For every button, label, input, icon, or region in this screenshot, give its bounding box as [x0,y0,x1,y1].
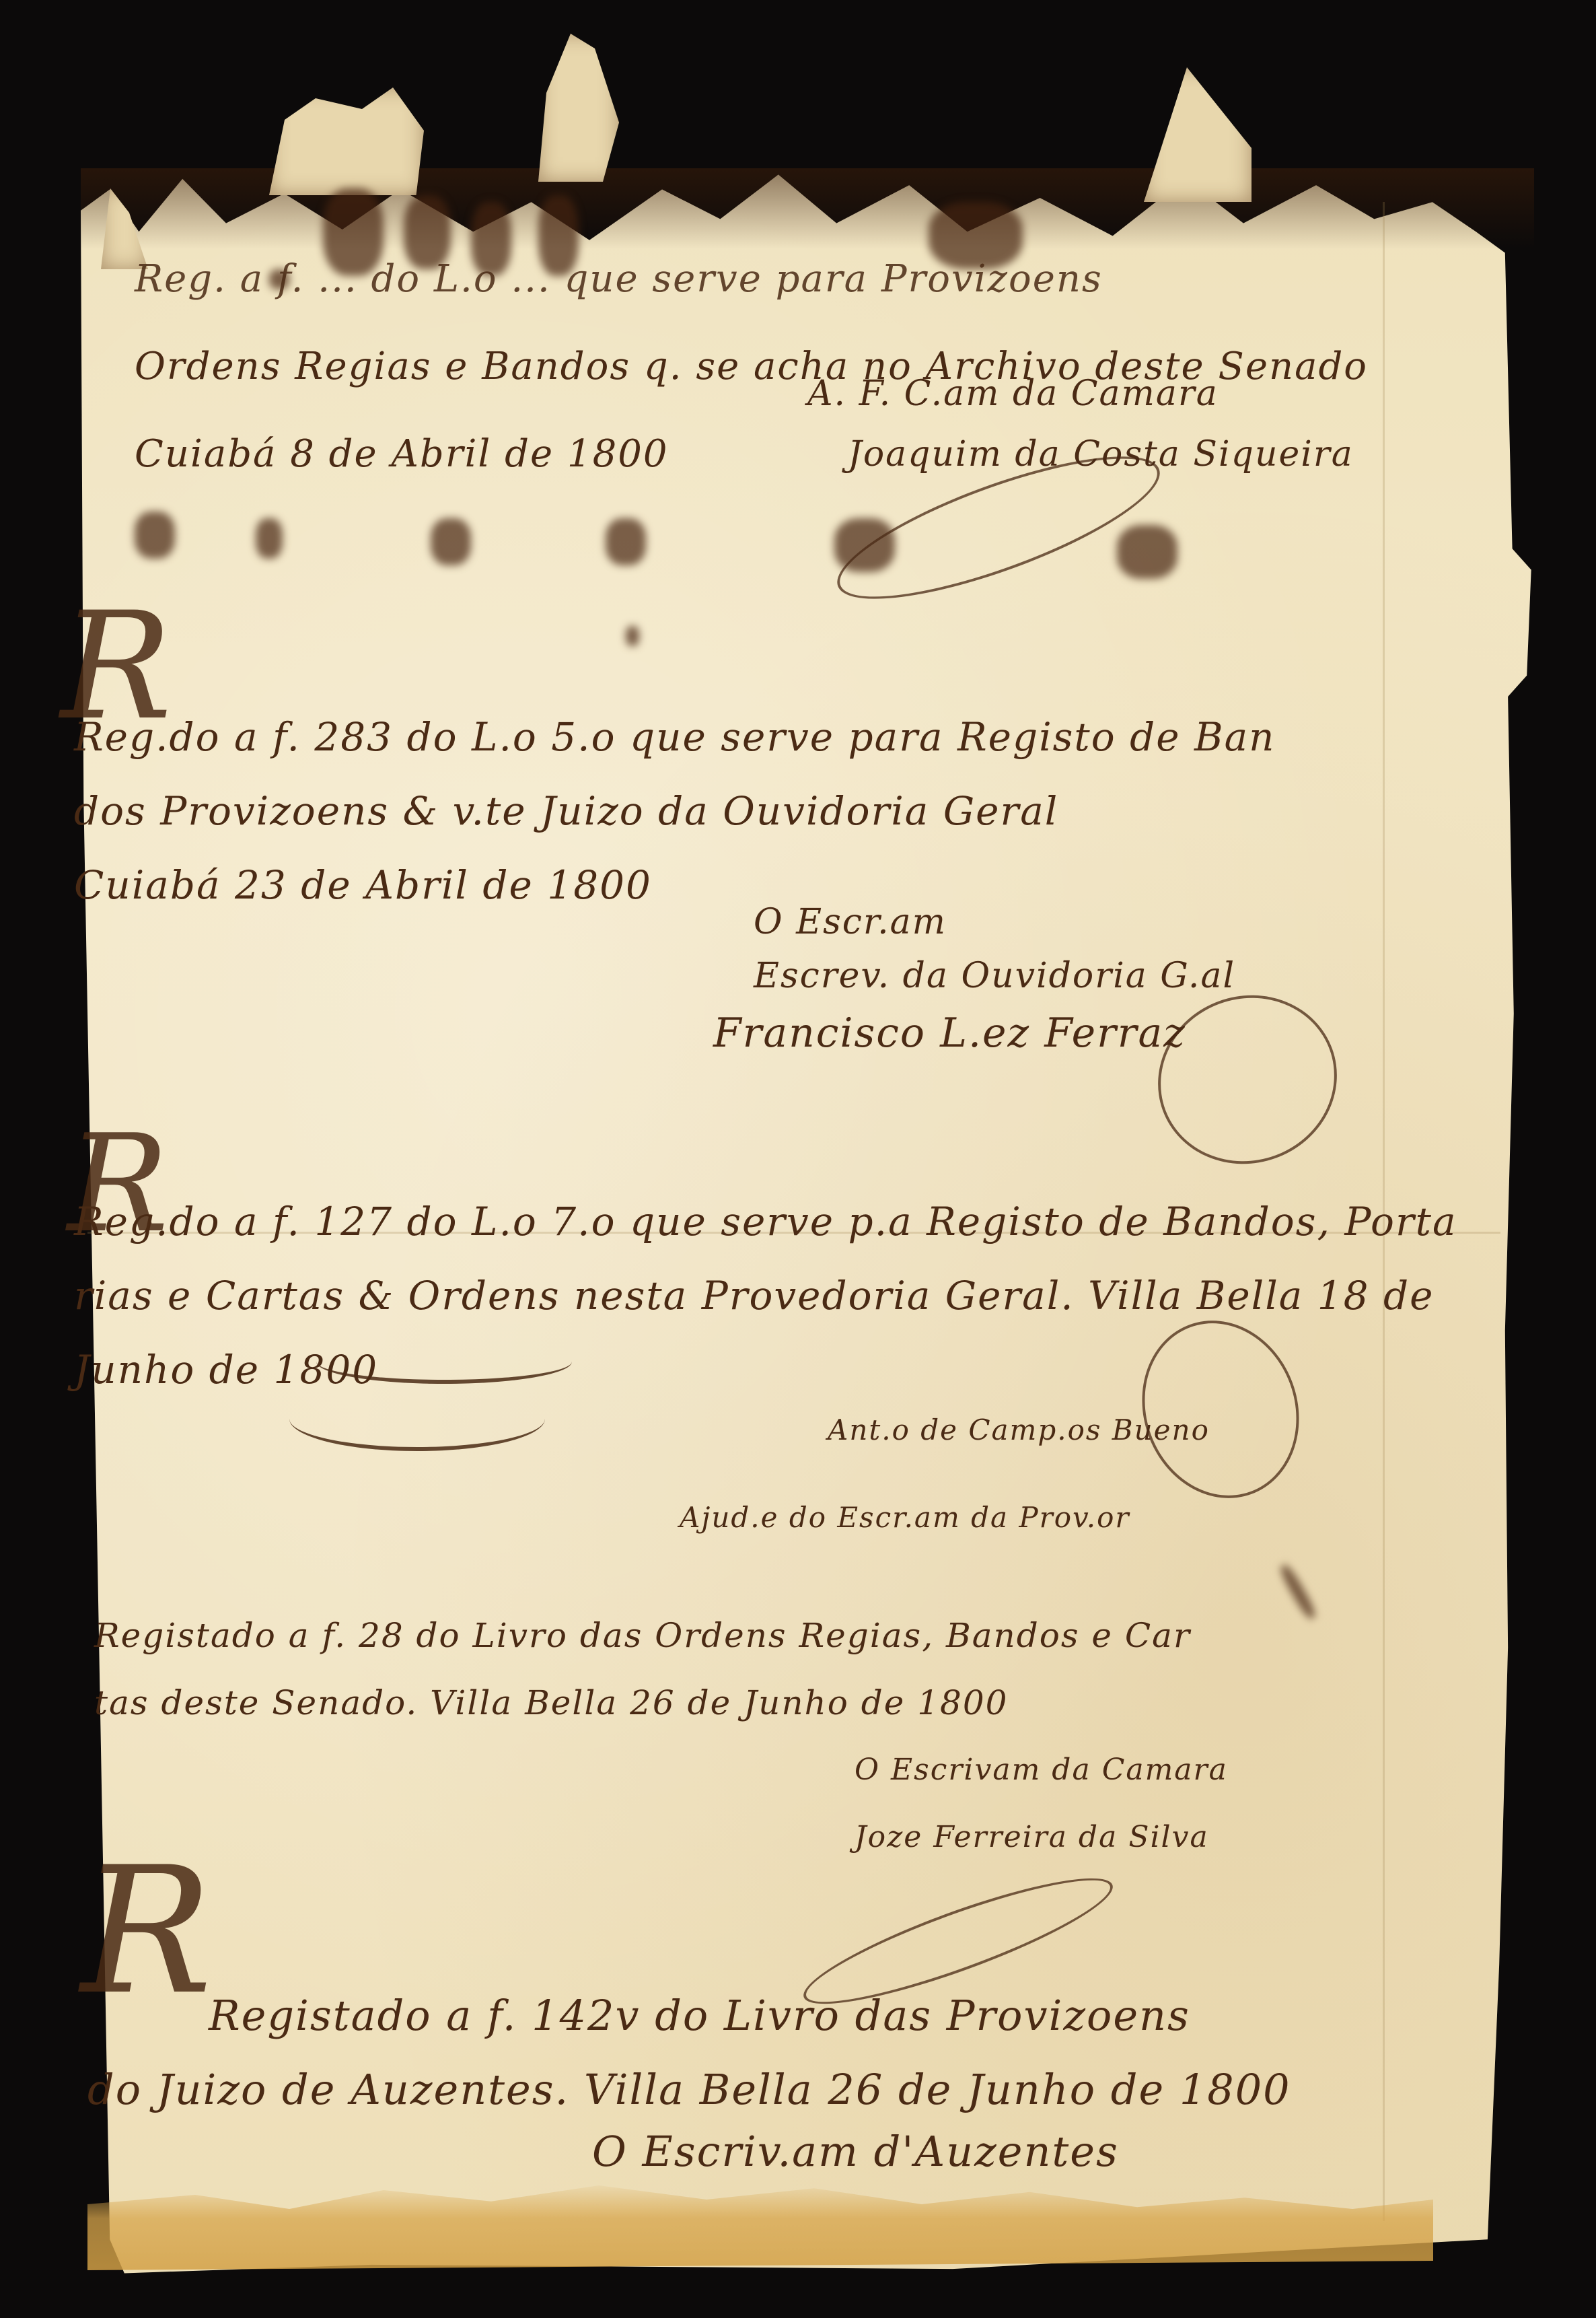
entry-2: Reg.do a f. 283 do L.o 5.o que serve par… [74,700,1276,922]
signature-block-5: O Escriv.am d'Auzentes [592,2127,1119,2176]
signature-name-2: Francisco L.ez Ferraz [713,1010,1186,1057]
burn-mark [135,512,175,559]
paper-fragment [269,87,424,195]
entry-line: dos Provizoens & v.te Juizo da Ouvidoria… [74,774,1276,848]
entry-5: Registado a f. 142v do Livro das Provizo… [87,1979,1291,2127]
paper-fragment [1144,67,1252,202]
entry-line: Reg.do a f. 127 do L.o 7.o que serve p.a… [74,1185,1457,1259]
burn-mark [626,626,639,646]
signature-line: A. F. C.am da Camara [807,363,1354,424]
burn-mark [606,518,646,565]
signature-block-4: O Escrivam da Camara Joze Ferreira da Si… [855,1736,1228,1871]
signature-line: Escrev. da Ouvidoria G.al [754,949,1235,1003]
burn-mark [431,518,471,565]
entry-line: tas deste Senado. Villa Bella 26 de Junh… [94,1669,1191,1736]
burn-mark [256,518,283,559]
signature-line: Joze Ferreira da Silva [855,1804,1228,1871]
entry-line: Reg. a f. ... do L.o ... que serve para … [135,236,1368,323]
date-flourish [316,1339,572,1384]
entry-line: Registado a f. 28 do Livro das Ordens Re… [94,1602,1191,1669]
paper-fragment [538,34,619,182]
date-flourish [289,1386,545,1451]
entry-line: rias e Cartas & Ordens nesta Provedoria … [74,1259,1457,1333]
signature-line: O Escrivam da Camara [855,1736,1228,1804]
burn-mark [1117,525,1177,579]
signature-line: Ajud.e do Escr.am da Prov.or [680,1474,1210,1561]
entry-line: do Juizo de Auzentes. Villa Bella 26 de … [87,2053,1291,2127]
entry-line: Reg.do a f. 283 do L.o 5.o que serve par… [74,700,1276,774]
signature-line: O Escr.am [754,895,1235,949]
signature-block-2: O Escr.am Escrev. da Ouvidoria G.al [754,895,1235,1003]
entry-4: Registado a f. 28 do Livro das Ordens Re… [94,1602,1191,1736]
entry-line: Registado a f. 142v do Livro das Provizo… [87,1979,1291,2053]
